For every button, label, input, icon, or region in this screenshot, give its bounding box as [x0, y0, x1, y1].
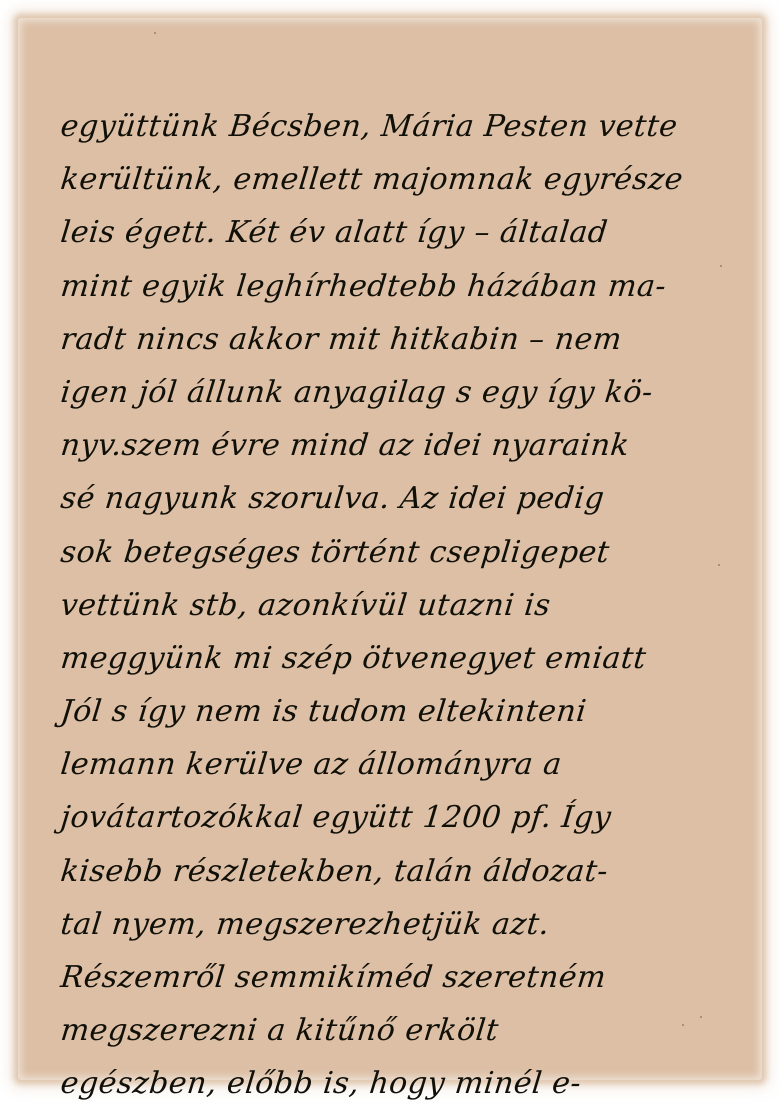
handwritten-line: kisebb részletekben, talán áldozat- [58, 845, 754, 898]
handwritten-line: megszerezni a kitűnő erkölt [58, 1004, 754, 1057]
handwritten-line: mint egyik leghírhedtebb házában ma- [58, 260, 754, 313]
paper-speck [154, 32, 156, 34]
handwritten-line: Jól s így nem is tudom eltekinteni [58, 685, 754, 738]
handwritten-line: nyv.szem évre mind az idei nyaraink [58, 419, 754, 472]
handwritten-line: igen jól állunk anyagilag s egy így kö- [58, 366, 754, 419]
handwritten-line: sok betegséges történt csepligepet [58, 526, 754, 579]
handwritten-line: jovátartozókkal együtt 1200 pf. Így [58, 791, 754, 844]
handwritten-line: sé nagyunk szorulva. Az idei pedig [58, 472, 754, 525]
handwritten-line: meggyünk mi szép ötvenegyet emiatt [58, 632, 754, 685]
handwritten-line: lemann kerülve az állományra a [58, 738, 754, 791]
letter-page: együttünk Bécsben, Mária Pesten vette ke… [18, 18, 762, 1080]
handwritten-line: tal nyem, megszerezhetjük azt. [58, 898, 754, 951]
handwritten-line: leis égett. Két év alatt így – általad [58, 206, 754, 259]
handwritten-line: együttünk Bécsben, Mária Pesten vette [58, 100, 754, 153]
handwritten-line: egészben, előbb is, hogy minél e- [58, 1057, 754, 1100]
handwritten-line: Részemről semmikíméd szeretném [58, 951, 754, 1004]
handwritten-line: kerültünk, emellett majomnak egyrésze [58, 153, 754, 206]
handwritten-line: radt nincs akkor mit hitkabin – nem [58, 313, 754, 366]
handwritten-text-body: együttünk Bécsben, Mária Pesten vette ke… [58, 100, 748, 1100]
handwritten-line: vettünk stb, azonkívül utazni is [58, 579, 754, 632]
